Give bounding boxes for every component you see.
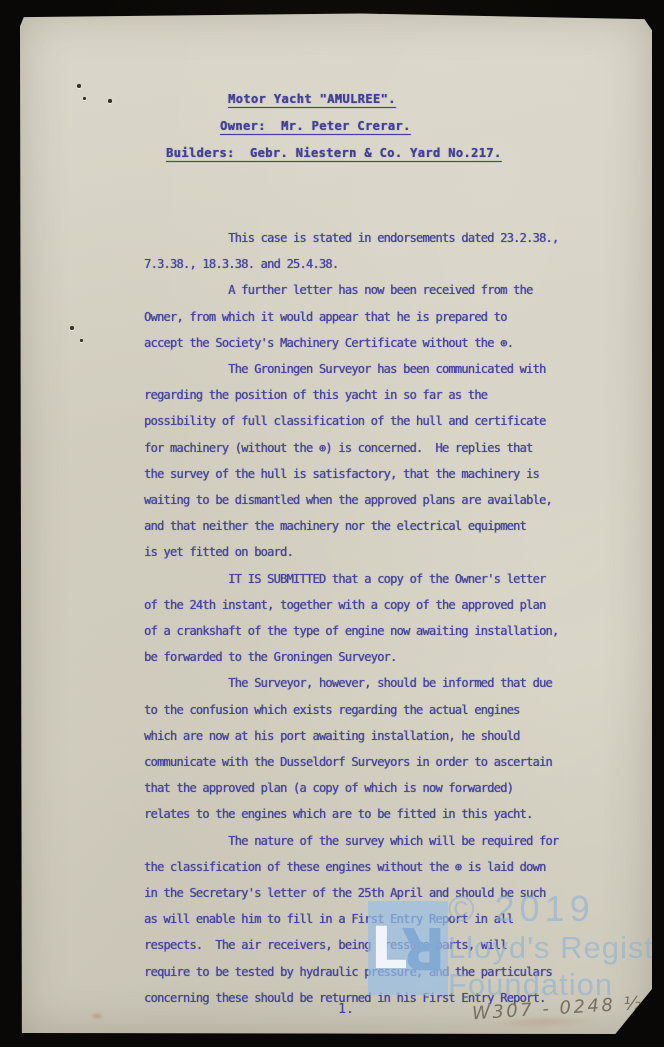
document-page: Motor Yacht "AMULREE". Owner: Mr. Peter … <box>20 12 652 1034</box>
scan-background: Motor Yacht "AMULREE". Owner: Mr. Peter … <box>0 0 664 1047</box>
paragraph-endorsements: This case is stated in endorsements date… <box>144 225 622 277</box>
pin-hole <box>77 84 81 88</box>
paragraph-groningen-surveyor: The Groningen Surveyor has been communic… <box>144 356 622 566</box>
paragraph-nature-of-survey: The nature of the survey which will be r… <box>144 828 622 1011</box>
owner-line: Owner: Mr. Peter Crerar. <box>220 113 501 140</box>
pin-hole <box>80 339 83 342</box>
paper-stain <box>488 1014 598 1030</box>
document-title: Motor Yacht "AMULREE". <box>228 86 501 113</box>
paragraph-owner-letter: A further letter has now been received f… <box>144 277 622 356</box>
paragraph-it-is-submitted: IT IS SUBMITTED that a copy of the Owner… <box>144 566 622 671</box>
paper-stain <box>90 1012 104 1020</box>
pin-hole <box>83 97 86 100</box>
pin-hole <box>70 326 74 330</box>
paragraph-surveyor-informed: The Surveyor, however, should be informe… <box>144 670 622 827</box>
document-heading: Motor Yacht "AMULREE". Owner: Mr. Peter … <box>144 86 501 167</box>
pin-hole <box>108 99 112 103</box>
document-body: This case is stated in endorsements date… <box>144 225 622 1011</box>
builders-line: Builders: Gebr. Niestern & Co. Yard No.2… <box>166 140 501 167</box>
page-number: 1. <box>338 1002 354 1017</box>
